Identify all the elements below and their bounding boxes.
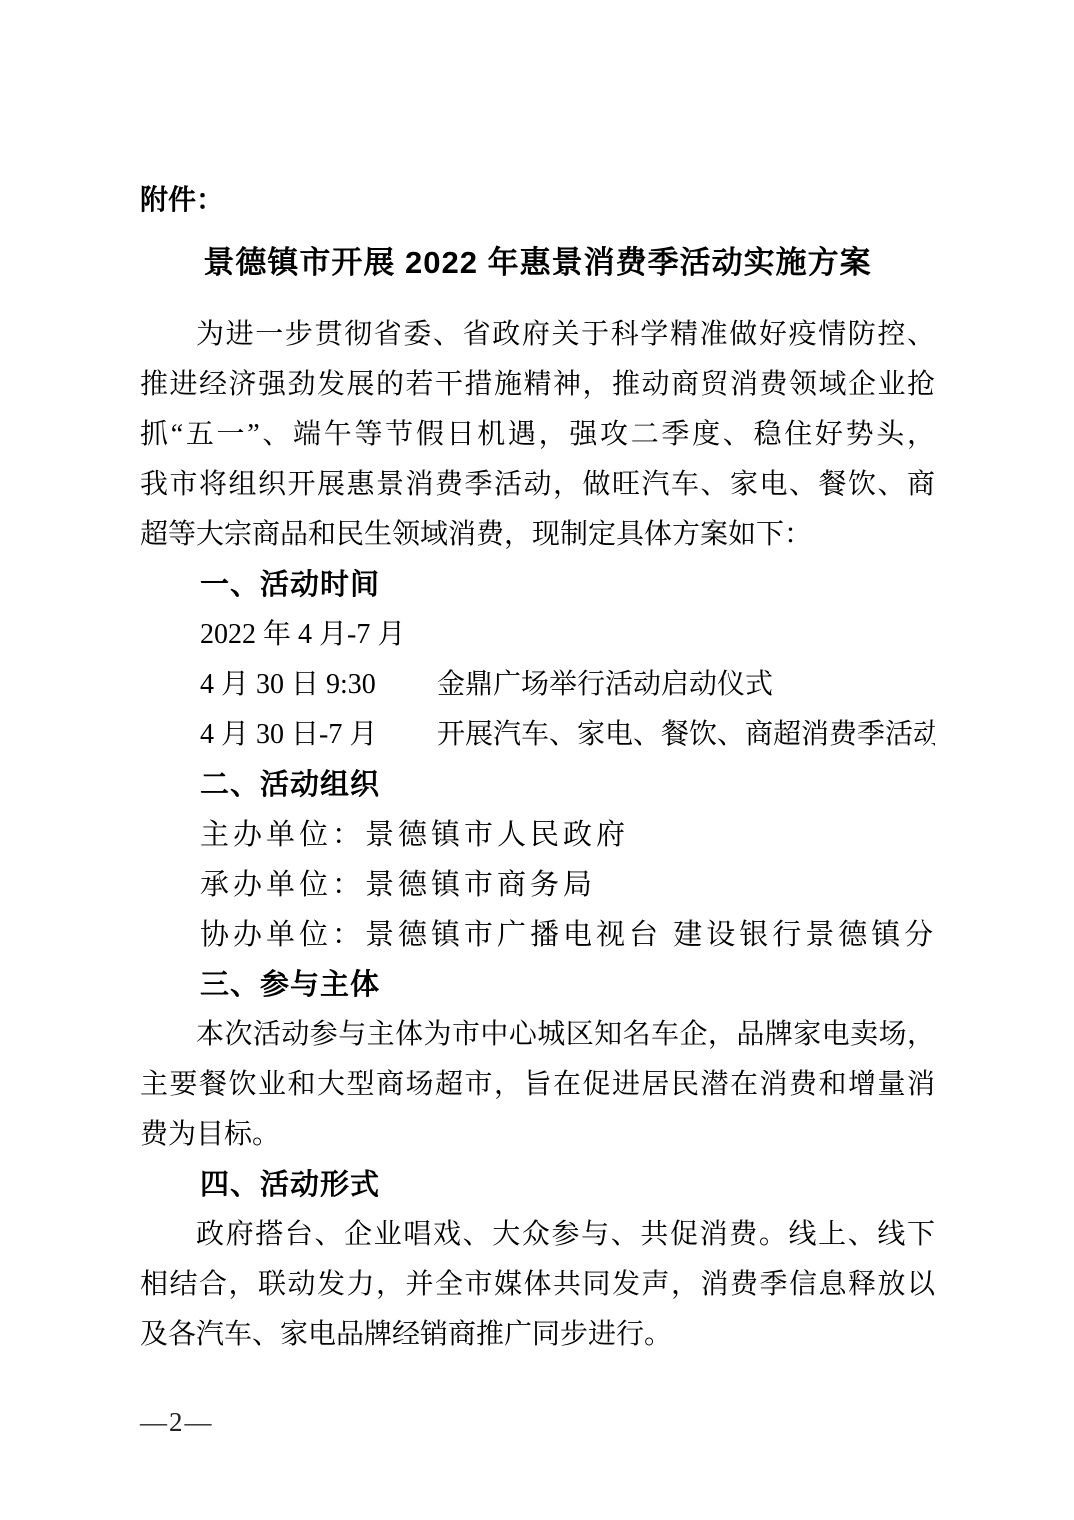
organizer-row: 协办单位：景德镇市广播电视台 建设银行景德镇分行 — [140, 910, 935, 960]
participants-line: 费为目标。 — [140, 1110, 935, 1160]
organizer-row: 承办单位：景德镇市商务局 — [140, 860, 935, 910]
activity-form-line: 及各汽车、家电品牌经销商推广同步进行。 — [140, 1310, 935, 1360]
document-content: 附件： 景德镇市开展 2022 年惠景消费季活动实施方案 为进一步贯彻省委、省政… — [140, 0, 935, 1360]
organizer-label: 承办单位： — [200, 869, 365, 901]
section-heading-activity-organization: 二、活动组织 — [140, 760, 935, 810]
document-body: 为进一步贯彻省委、省政府关于科学精准做好疫情防控、 推进经济强劲发展的若干措施精… — [140, 310, 935, 1360]
schedule-row: 4 月 30 日 9:30金鼎广场举行活动启动仪式 — [140, 660, 935, 710]
page-title: 景德镇市开展 2022 年惠景消费季活动实施方案 — [140, 242, 935, 284]
organizer-value: 景德镇市人民政府 — [365, 819, 629, 851]
participants-line: 本次活动参与主体为市中心城区知名车企，品牌家电卖场， — [140, 1010, 935, 1060]
section-heading-activity-time: 一、活动时间 — [140, 560, 935, 610]
activity-period-line: 2022 年 4 月-7 月 — [140, 610, 935, 660]
intro-line: 我市将组织开展惠景消费季活动，做旺汽车、家电、餐饮、商 — [140, 460, 935, 510]
schedule-event: 金鼎广场举行活动启动仪式 — [437, 669, 773, 700]
participants-line: 主要餐饮业和大型商场超市，旨在促进居民潜在消费和增量消 — [140, 1060, 935, 1110]
intro-line: 超等大宗商品和民生领域消费，现制定具体方案如下： — [140, 510, 935, 560]
intro-line: 抓“五一”、端午等节假日机遇，强攻二季度、稳住好势头， — [140, 410, 935, 460]
organizer-label: 协办单位： — [200, 919, 365, 951]
intro-line: 推进经济强劲发展的若干措施精神，推动商贸消费领域企业抢 — [140, 360, 935, 410]
schedule-time: 4 月 30 日-7 月 — [200, 710, 437, 760]
schedule-time: 4 月 30 日 9:30 — [200, 660, 437, 710]
organizer-label: 主办单位： — [200, 819, 365, 851]
organizer-row: 主办单位：景德镇市人民政府 — [140, 810, 935, 860]
footer-page-number: —2— — [140, 1397, 214, 1447]
schedule-row: 4 月 30 日-7 月开展汽车、家电、餐饮、商超消费季活动 — [140, 710, 935, 760]
intro-line: 为进一步贯彻省委、省政府关于科学精准做好疫情防控、 — [140, 310, 935, 360]
section-heading-activity-form: 四、活动形式 — [140, 1160, 935, 1210]
attachment-label: 附件： — [140, 0, 935, 220]
document-page: 附件： 景德镇市开展 2022 年惠景消费季活动实施方案 为进一步贯彻省委、省政… — [0, 0, 1074, 1520]
activity-form-line: 相结合，联动发力，并全市媒体共同发声，消费季信息释放以 — [140, 1260, 935, 1310]
section-heading-participants: 三、参与主体 — [140, 960, 935, 1010]
activity-form-line: 政府搭台、企业唱戏、大众参与、共促消费。线上、线下 — [140, 1210, 935, 1260]
organizer-value: 景德镇市商务局 — [365, 869, 596, 901]
organizer-value: 景德镇市广播电视台 建设银行景德镇分行 — [365, 919, 935, 951]
schedule-event: 开展汽车、家电、餐饮、商超消费季活动 — [437, 719, 935, 750]
